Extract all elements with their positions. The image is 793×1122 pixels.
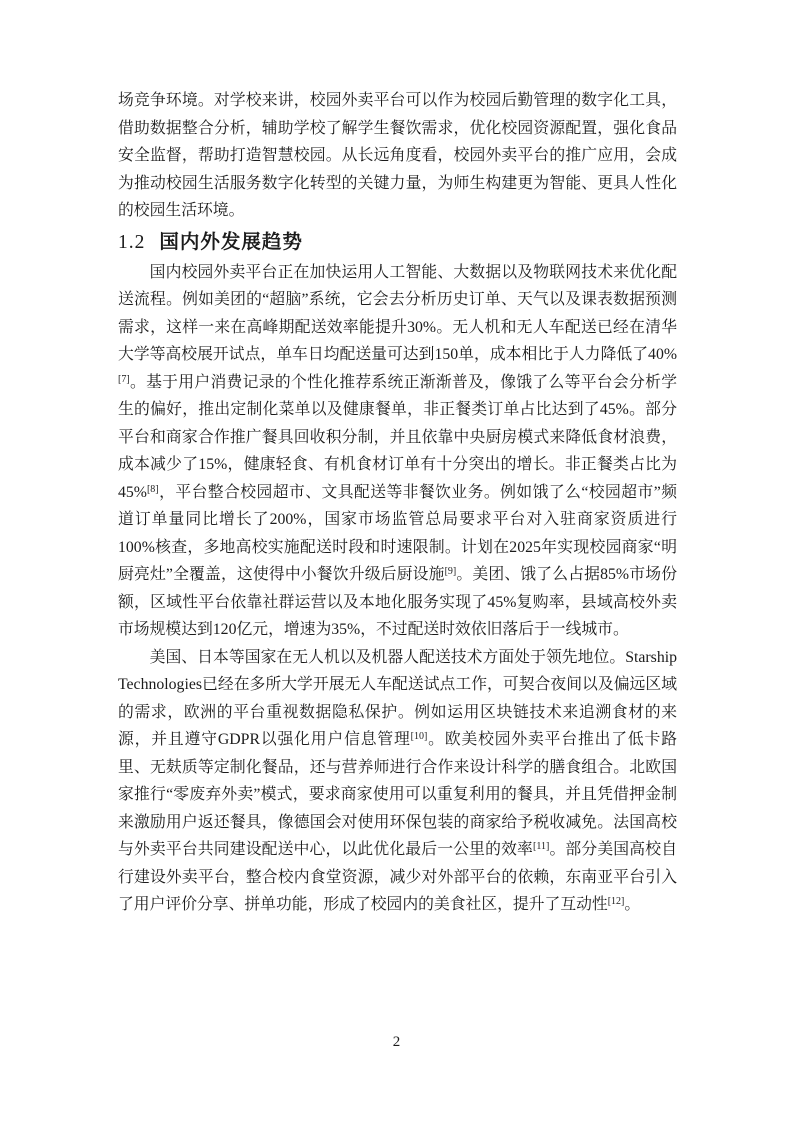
citation-ref: [11] [533, 841, 549, 852]
paragraph: 美国、日本等国家在无人机以及机器人配送技术方面处于领先地位。Starship T… [118, 644, 677, 919]
section-number: 1.2 [118, 232, 145, 253]
paragraph: 国内校园外卖平台正在加快运用人工智能、大数据以及物联网技术来优化配送流程。例如美… [118, 259, 677, 644]
citation-ref: [7] [118, 374, 130, 385]
citation-ref: [8] [147, 484, 159, 495]
citation-ref: [12] [608, 896, 625, 907]
section-heading: 1.2国内外发展趋势 [118, 228, 677, 257]
section-title: 国内外发展趋势 [159, 231, 303, 253]
paragraph: 场竞争环境。对学校来讲，校园外卖平台可以作为校园后勤管理的数字化工具，借助数据整… [118, 87, 677, 225]
citation-ref: [9] [445, 566, 457, 577]
document-content: 场竞争环境。对学校来讲，校园外卖平台可以作为校园后勤管理的数字化工具，借助数据整… [118, 87, 677, 919]
page-number: 2 [0, 1032, 793, 1052]
citation-ref: [10] [411, 731, 428, 742]
document-page: 场竞争环境。对学校来讲，校园外卖平台可以作为校园后勤管理的数字化工具，借助数据整… [0, 0, 793, 1122]
